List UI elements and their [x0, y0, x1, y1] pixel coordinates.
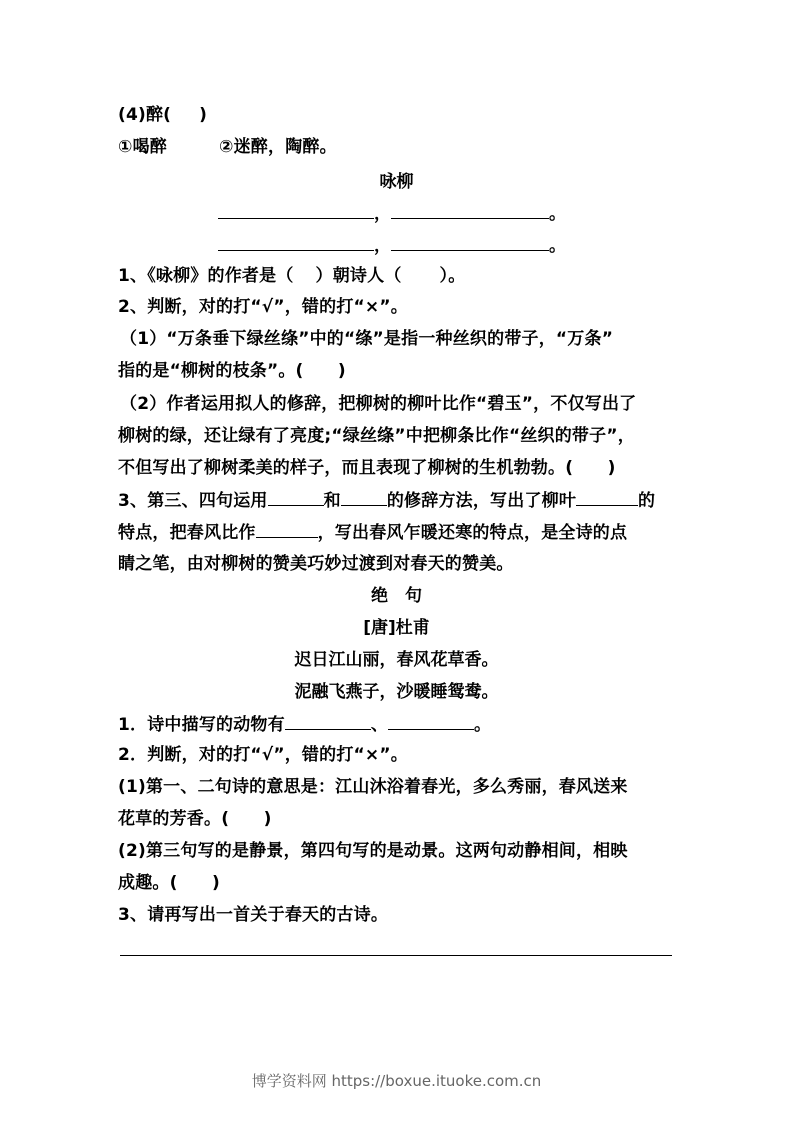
q1-text-c: ）。: [440, 266, 466, 286]
vocab-question: (4)醉(): [118, 104, 207, 126]
q3-text-d: 的: [638, 491, 655, 511]
poem2-line2: 泥融飞燕子，沙暖睡鸳鸯。: [0, 681, 793, 703]
vocab-options: ①喝醉②迷醉，陶醉。: [118, 136, 337, 158]
poem1-q2-1-line2: 指的是“柳树的枝条”。( ): [118, 360, 346, 382]
q3-text-b: 和: [324, 491, 341, 511]
poem1-q2-2-line3: 不但写出了柳树柔美的样子，而且表现了柳树的生机勃勃。( ): [118, 457, 616, 479]
poem2-title: 绝 句: [0, 585, 793, 607]
comma: ，: [374, 204, 391, 224]
poem2-q2-1-line1: (1)第一、二句诗的意思是：江山沐浴着春光，多么秀丽，春风送来: [118, 776, 628, 798]
poem2-q2-1-line2: 花草的芳香。( ): [118, 808, 272, 830]
period: 。: [549, 204, 566, 224]
poem1-q2-2-line2: 柳树的绿，还让绿有了亮度;“绿丝绦”中把柳条比作“丝织的带子”，: [118, 425, 635, 447]
q3-text-c: 的修辞方法，写出了柳叶: [387, 491, 576, 511]
fill-blank[interactable]: [218, 234, 374, 251]
poem2-author: [唐]杜甫: [0, 617, 793, 639]
poem1-q2-2-line1: （2）作者运用拟人的修辞，把柳树的柳叶比作“碧玉”，不仅写出了: [120, 393, 636, 415]
document-page: (4)醉() ①喝醉②迷醉，陶醉。 咏柳 ，。 ，。 1、《咏柳》的作者是（）朝…: [0, 0, 793, 1122]
period: 。: [549, 236, 566, 256]
q1-text-a: 1、《咏柳》的作者是（: [118, 266, 294, 286]
poem2-line1: 迟日江山丽，春风花草香。: [0, 649, 793, 671]
q1-text-b: 、: [371, 715, 388, 735]
q1-text-b: ）朝诗人（: [316, 266, 402, 286]
option-1: ①喝醉: [118, 137, 167, 157]
poem1-q3-line1: 3、第三、四句运用和的修辞方法，写出了柳叶的: [118, 489, 655, 512]
fill-blank[interactable]: [576, 489, 638, 506]
poem1-q3-line2: 特点，把春风比作，写出春风乍暖还寒的特点，是全诗的点: [118, 521, 627, 544]
answer-line[interactable]: [120, 955, 672, 956]
poem1-fill-row-2: ，。: [218, 234, 566, 257]
paren-close: ): [199, 105, 207, 125]
fill-blank[interactable]: [256, 521, 318, 538]
q1-text-a: 1．诗中描写的动物有: [118, 715, 285, 735]
fill-blank[interactable]: [341, 489, 387, 506]
poem1-title: 咏柳: [0, 171, 793, 193]
fill-blank[interactable]: [285, 713, 371, 730]
q1-text-c: 。: [474, 715, 491, 735]
poem2-q2: 2．判断，对的打“√”，错的打“×”。: [118, 744, 408, 766]
fill-blank[interactable]: [388, 713, 474, 730]
poem2-q2-2-line2: 成趣。( ): [118, 872, 220, 894]
poem2-q1: 1．诗中描写的动物有、。: [118, 713, 491, 736]
vocab-question-text: (4)醉(: [118, 105, 171, 125]
q3-text-e: 特点，把春风比作: [118, 523, 256, 543]
fill-blank[interactable]: [391, 202, 549, 219]
fill-blank[interactable]: [218, 202, 374, 219]
q3-text-f: ，写出春风乍暖还寒的特点，是全诗的点: [318, 523, 628, 543]
fill-blank[interactable]: [391, 234, 549, 251]
poem1-q2-1-line1: （1）“万条垂下绿丝绦”中的“绦”是指一种丝织的带子，“万条”: [120, 328, 613, 350]
poem1-fill-row-1: ，。: [218, 202, 566, 225]
poem1-q2: 2、判断，对的打“√”，错的打“×”。: [118, 296, 408, 318]
poem1-q3-line3: 睛之笔，由对柳树的赞美巧妙过渡到对春天的赞美。: [118, 553, 514, 575]
poem2-q2-2-line1: (2)第三句写的是静景，第四句写的是动景。这两句动静相间，相映: [118, 840, 628, 862]
q3-text-a: 3、第三、四句运用: [118, 491, 268, 511]
comma: ，: [374, 236, 391, 256]
fill-blank[interactable]: [268, 489, 324, 506]
option-2: ②迷醉，陶醉。: [219, 137, 337, 157]
footer-watermark: 博学资料网 https://boxue.ituoke.com.cn: [0, 1070, 793, 1091]
poem1-q1: 1、《咏柳》的作者是（）朝诗人（）。: [118, 265, 465, 287]
poem2-q3: 3、请再写出一首关于春天的古诗。: [118, 904, 388, 926]
